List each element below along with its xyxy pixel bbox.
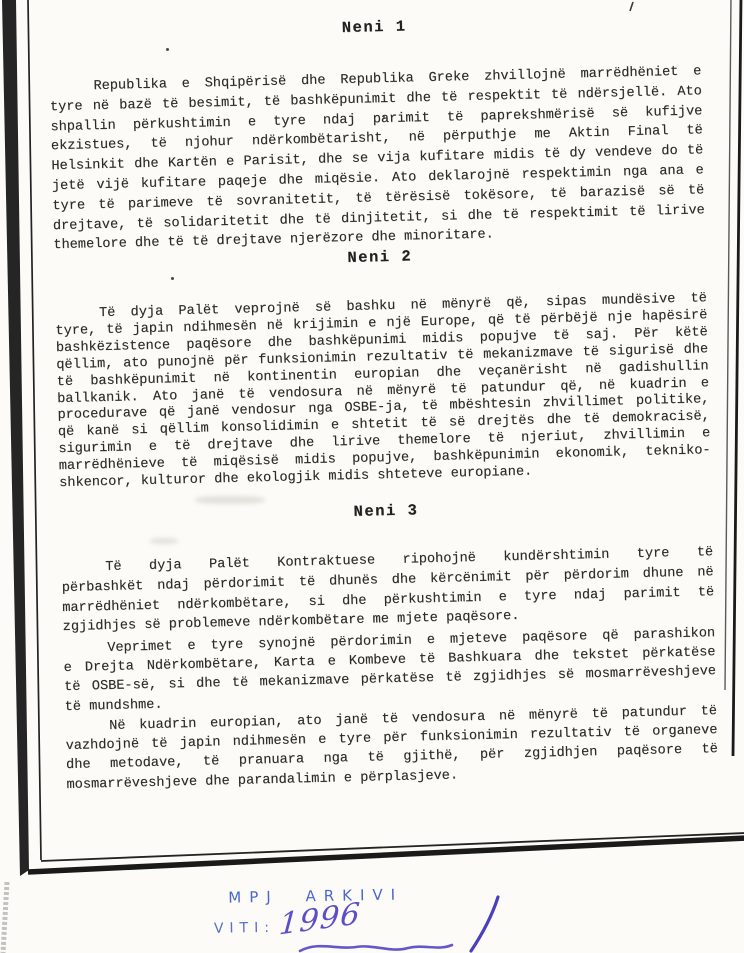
stamp-text-viti-label: VITI: xyxy=(214,920,275,937)
archive-stamp: MPJ ARKIVI VITI: 1996 xyxy=(0,0,744,953)
scanned-document-page: Neni 1 Republika e Shqipërisë dhe Republ… xyxy=(0,0,744,953)
